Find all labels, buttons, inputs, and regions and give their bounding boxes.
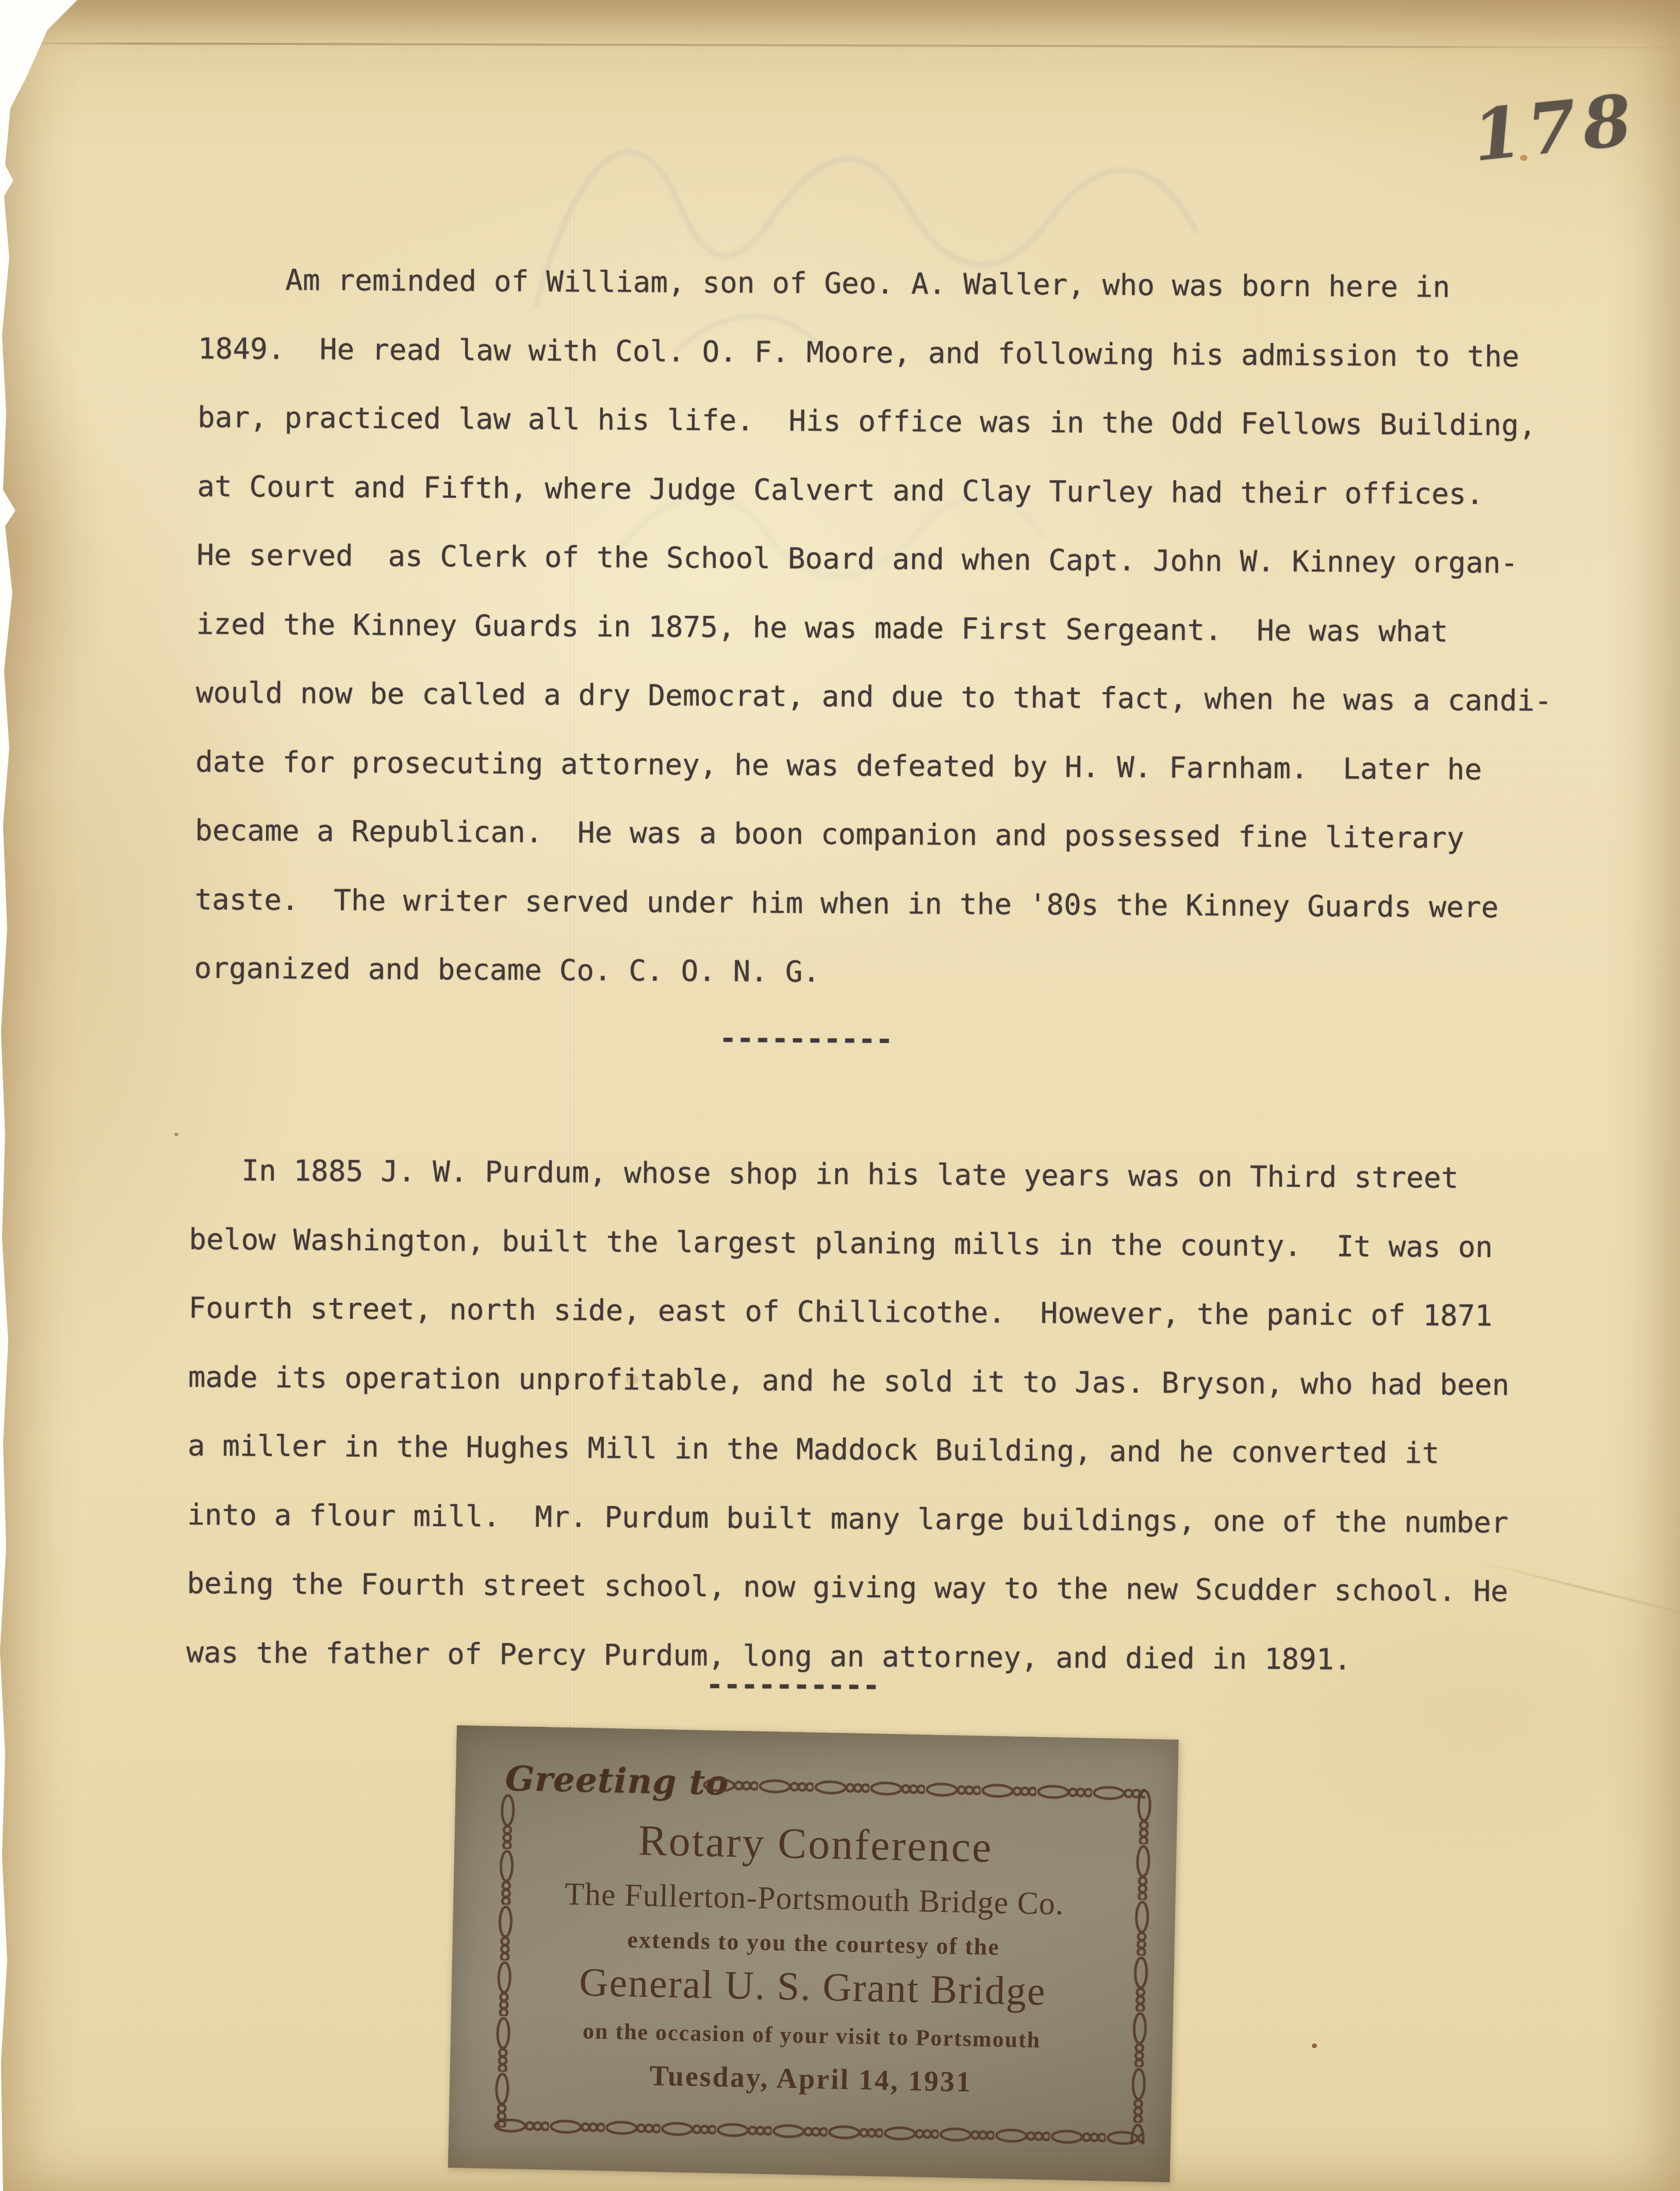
typed-line: made its operation unprofitable, and he …: [188, 1343, 1509, 1419]
paper-sheet: 178 Am reminded of William, son of Geo. …: [0, 0, 1680, 2191]
paper-stain: [0, 320, 108, 784]
paper-speck: [1312, 2043, 1317, 2048]
typed-line: ized the Kinney Guards in 1875, he was m…: [196, 590, 1553, 667]
card-occasion-line: on the occasion of your visit to Portsmo…: [451, 2015, 1173, 2056]
typed-line: 1849. He read law with Col. O. F. Moore,…: [198, 314, 1555, 391]
typed-line: below Washington, built the largest plan…: [189, 1205, 1510, 1282]
typed-line: Fourth street, north side, east of Chill…: [188, 1274, 1510, 1351]
typed-line: being the Fourth street school, now givi…: [187, 1549, 1508, 1626]
typed-line: bar, practiced law all his life. His off…: [197, 383, 1554, 461]
separator-dashes: ----------: [706, 1668, 880, 1703]
separator-dashes: ----------: [719, 1022, 894, 1056]
card-greeting-label: Greeting to: [505, 1758, 729, 1803]
page-number: 178: [1469, 78, 1642, 178]
typed-line: would now be called a dry Democrat, and …: [195, 659, 1552, 736]
typed-line: a miller in the Hughes Mill in the Maddo…: [188, 1412, 1509, 1489]
paragraph-waller: Am reminded of William, son of Geo. A. W…: [194, 246, 1555, 1011]
typed-line: taste. The writer served under him when …: [194, 865, 1551, 942]
typed-line: Am reminded of William, son of Geo. A. W…: [198, 246, 1555, 323]
typed-line: became a Republican. He was a boon compa…: [195, 796, 1552, 874]
typed-line: In 1885 J. W. Purdum, whose shop in his …: [189, 1136, 1511, 1213]
chain-ornament-top-icon: [702, 1776, 1146, 1803]
chain-ornament-bottom-icon: [493, 2116, 1144, 2148]
typed-line: He served as Clerk of the School Board a…: [196, 521, 1553, 598]
card-extends-line: extends to you the courtesy of the: [452, 1922, 1175, 1964]
typed-line: organized and became Co. C. O. N. G.: [194, 934, 1551, 1011]
card-title: Rotary Conference: [454, 1812, 1177, 1876]
typed-line: at Court and Fifth, where Judge Calvert …: [197, 452, 1554, 529]
typed-line: date for prosecuting attorney, he was de…: [195, 727, 1552, 805]
card-date: Tuesday, April 14, 1931: [450, 2055, 1172, 2103]
typed-line: into a flour mill. Mr. Purdum built many…: [187, 1480, 1509, 1557]
scanned-document-page: 178 Am reminded of William, son of Geo. …: [0, 0, 1680, 2191]
paper-speck: [174, 1133, 178, 1136]
paper-top-shading: [0, 0, 1680, 46]
souvenir-card: Greeting to: [448, 1725, 1179, 2182]
card-bridge-name: General U. S. Grant Bridge: [451, 1956, 1174, 2017]
paragraph-purdum: In 1885 J. W. Purdum, whose shop in his …: [186, 1136, 1511, 1695]
card-company: The Fullerton-Portsmouth Bridge Co.: [453, 1874, 1176, 1925]
